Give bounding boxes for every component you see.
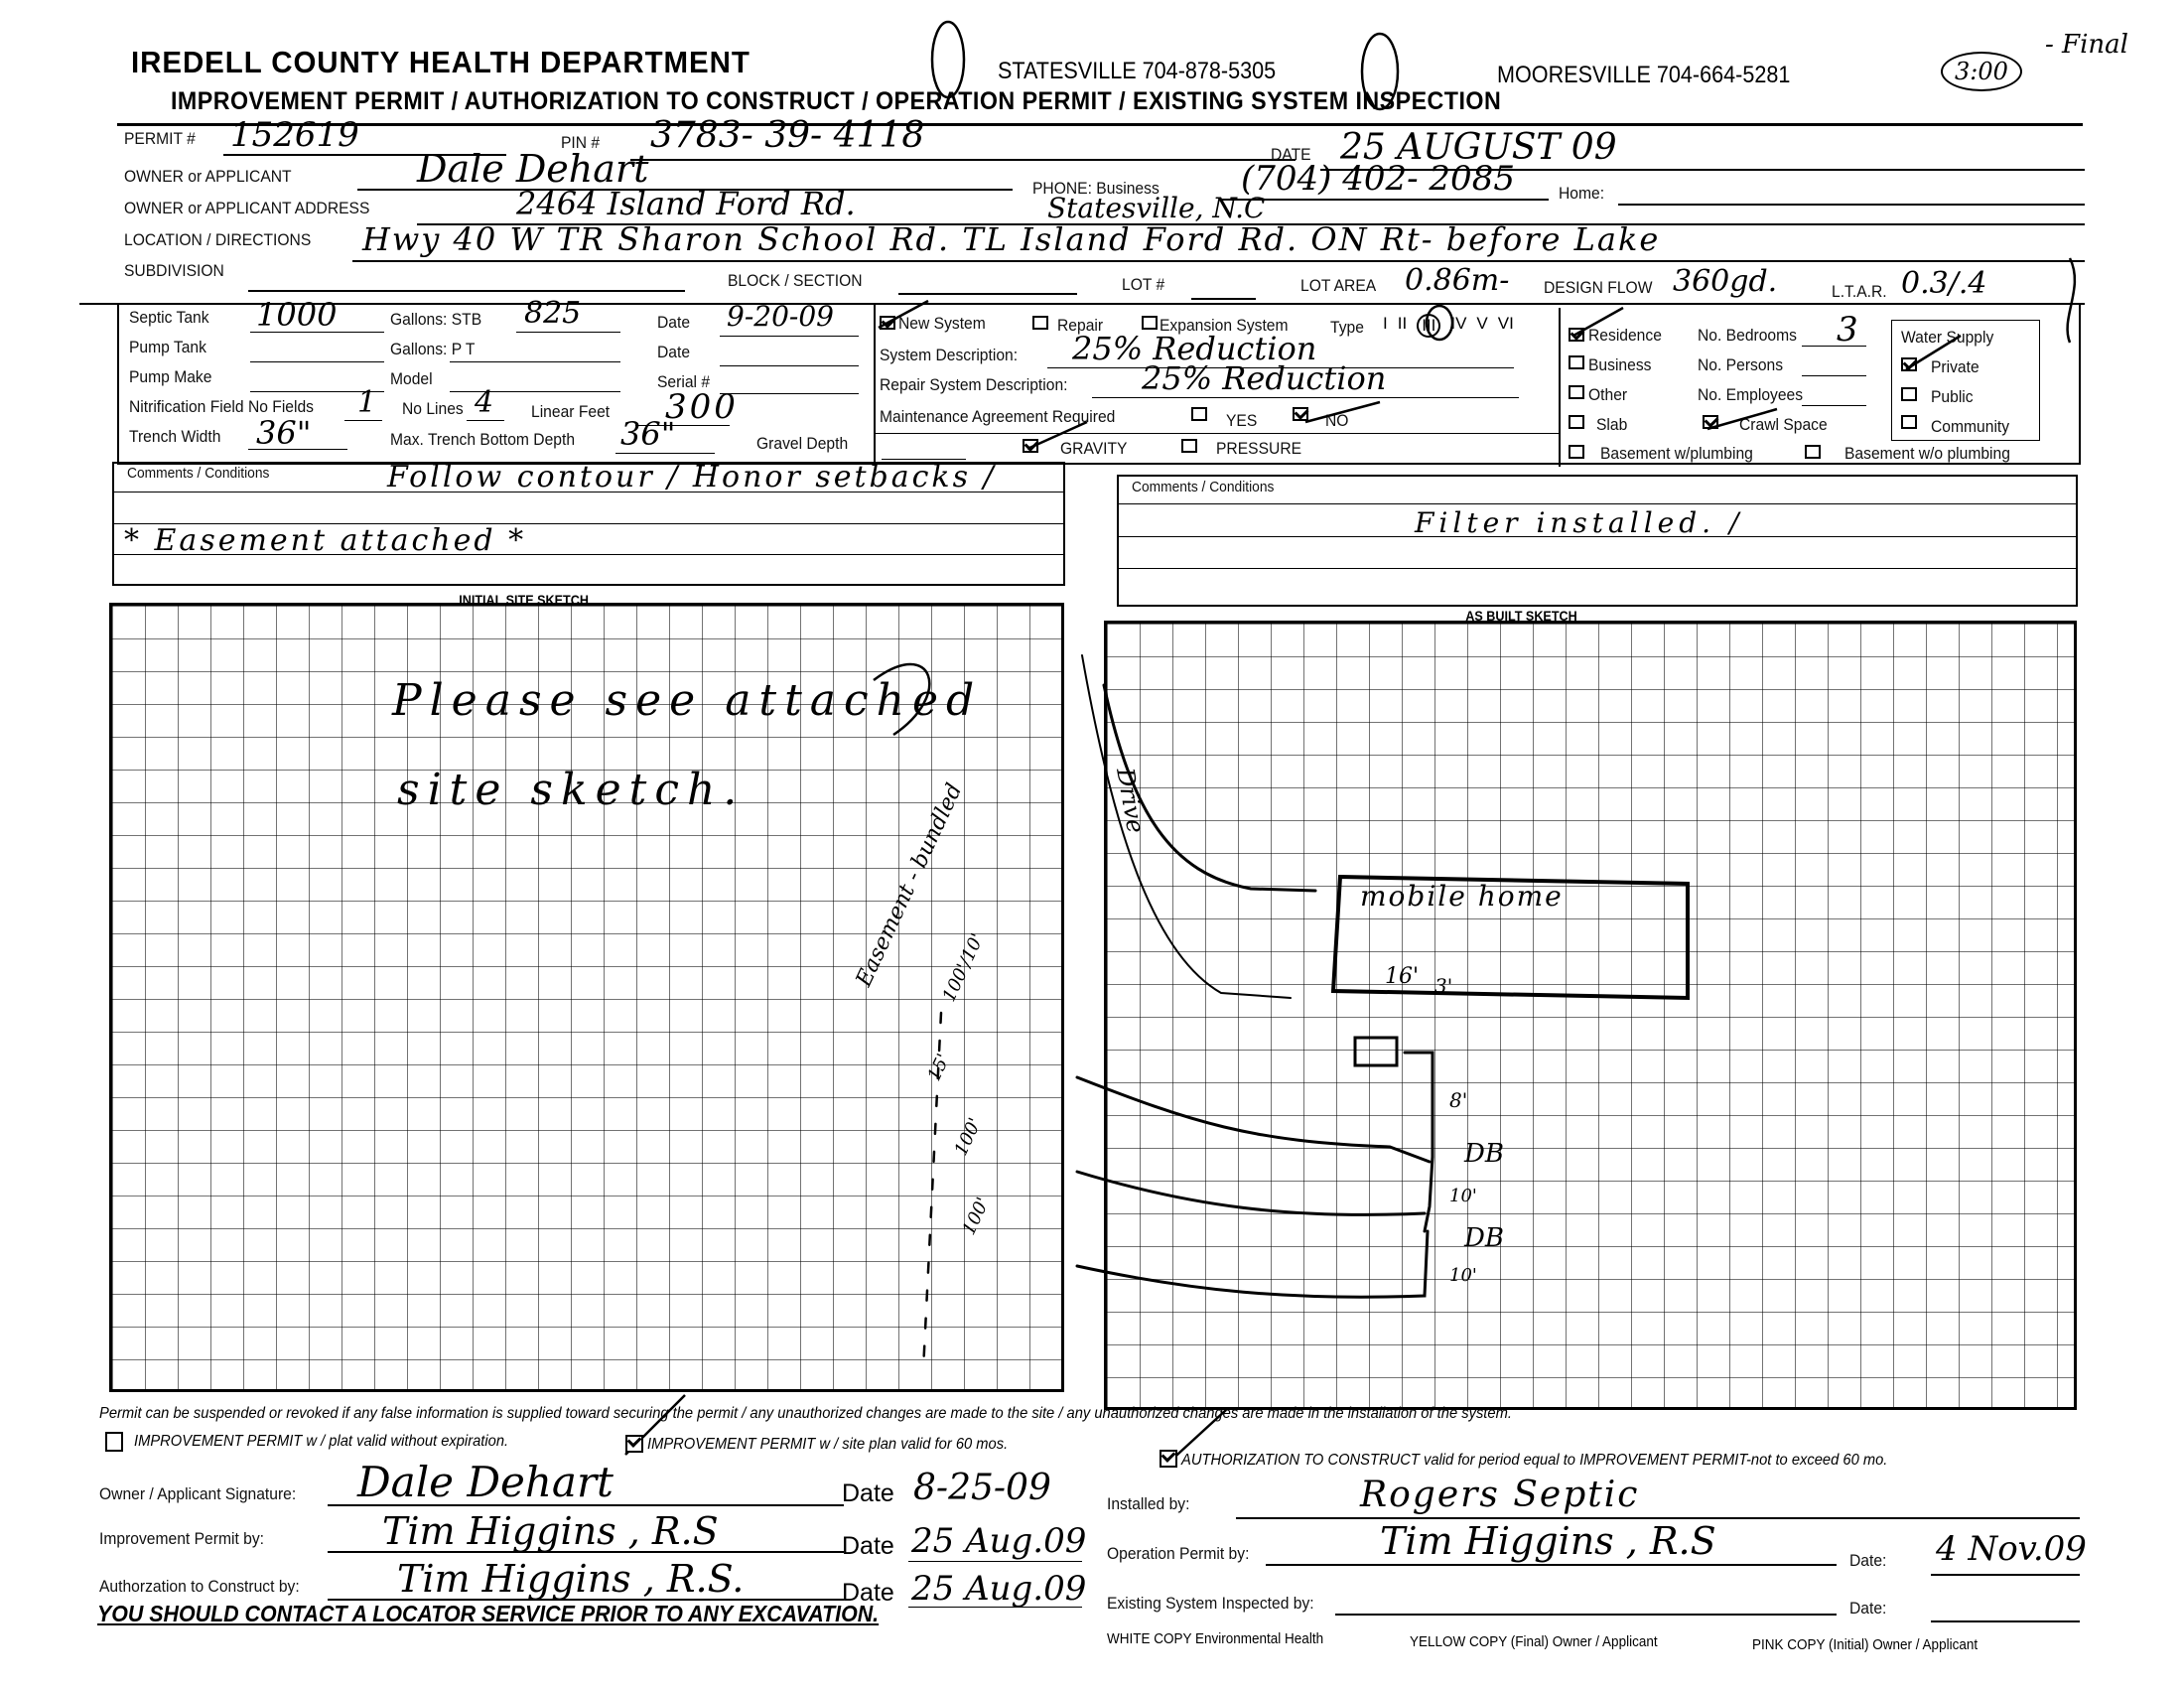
locator-warning: YOU SHOULD CONTACT A LOCATOR SERVICE PRI… [97, 1601, 879, 1627]
owner-address[interactable]: 2464 Island Ford Rd. [516, 185, 856, 222]
expansion-checkbox[interactable] [1142, 316, 1158, 330]
subdivision-line [248, 290, 685, 292]
permit-label: PERMIT # [124, 129, 196, 149]
pump-tank-label: Pump Tank [129, 338, 206, 357]
pt-line [450, 361, 620, 362]
basement-plumbing-checkbox[interactable] [1569, 445, 1584, 459]
ip-site-label: IMPROVEMENT PERMIT w / site plan valid f… [647, 1436, 1008, 1454]
maintenance-yes-label: YES [1226, 411, 1257, 431]
atc-label: AUTHORIZATION TO CONSTRUCT valid for per… [1181, 1452, 1887, 1470]
persons-line [1802, 375, 1866, 376]
ip-by-signature[interactable]: Tim Higgins , R.S [382, 1509, 719, 1553]
atc-by-label: Authorzation to Construct by: [99, 1577, 300, 1597]
crawl-space-checkbox[interactable] [1703, 415, 1718, 429]
persons-label: No. Persons [1698, 355, 1783, 375]
ltar-label: L.T.A.R. [1832, 282, 1887, 302]
ip-plat-checkbox[interactable] [105, 1432, 123, 1452]
repair-desc-line [1092, 397, 1519, 398]
owner-signature[interactable]: Dale Dehart [357, 1458, 614, 1506]
owner-date[interactable]: 8-25-09 [913, 1468, 1051, 1508]
no-fields[interactable]: 1 [357, 385, 376, 420]
maintenance-yes-checkbox[interactable] [1191, 407, 1207, 421]
maintenance-label: Maintenance Agreement Required [880, 407, 1115, 427]
type-option-iii[interactable]: III [1417, 314, 1440, 338]
repair-description[interactable]: 25% Reduction [1142, 359, 1386, 397]
max-depth-line [615, 453, 715, 454]
mooresville-phone: MOORESVILLE 704-664-5281 [1497, 62, 1790, 89]
tank-date-label: Date [657, 313, 690, 333]
water-community-checkbox[interactable] [1901, 415, 1917, 429]
pump-make-label: Pump Make [129, 367, 211, 387]
lot-label: LOT # [1122, 275, 1164, 295]
new-system-label: New System [898, 314, 986, 334]
bedrooms-label: No. Bedrooms [1698, 326, 1797, 346]
pressure-label: PRESSURE [1216, 439, 1301, 459]
ip-date-line [908, 1561, 1082, 1562]
septic-line [250, 332, 384, 333]
design-flow[interactable]: 360gd. [1673, 264, 1777, 299]
installed-by-label: Installed by: [1107, 1494, 1189, 1514]
basement-no-plumbing-label: Basement w/o plumbing [1844, 444, 2010, 464]
installed-by[interactable]: Rogers Septic [1360, 1475, 1639, 1515]
pin-number[interactable]: 3783- 39- 4118 [650, 115, 924, 156]
atc-by-signature[interactable]: Tim Higgins , R.S. [397, 1557, 744, 1601]
maintenance-no-checkbox[interactable] [1293, 407, 1308, 421]
system-divider-2 [1559, 308, 1561, 467]
comments-right-rule3 [1117, 568, 2078, 569]
location-directions[interactable]: Hwy 40 W TR Sharon School Rd. TL Island … [362, 220, 1660, 258]
type-options: IIIIIIIVVVI [1383, 314, 1514, 338]
no-lines-label: No Lines [402, 399, 464, 419]
system-divider-1 [874, 303, 876, 462]
comments-left-text-2[interactable]: * Easement attached * [124, 523, 526, 558]
stb-line [516, 332, 620, 333]
tank-date-line [720, 336, 859, 337]
header-rule [117, 123, 2083, 126]
trench-width-line [248, 449, 347, 450]
basement-no-plumbing-checkbox[interactable] [1805, 445, 1821, 459]
fields-line [344, 420, 382, 421]
employees-label: No. Employees [1698, 385, 1803, 405]
gravity-rule [874, 433, 1559, 434]
type-option-i[interactable]: I [1383, 314, 1388, 338]
business-label: Business [1588, 355, 1651, 375]
ip-by-label: Improvement Permit by: [99, 1529, 264, 1549]
max-depth-label: Max. Trench Bottom Depth [390, 430, 575, 450]
pin-line [630, 159, 1296, 161]
residence-checkbox[interactable] [1569, 328, 1584, 342]
corner-note: - Final [2045, 30, 2128, 60]
gallons-stb[interactable]: 825 [524, 296, 581, 331]
water-community-label: Community [1931, 417, 2009, 437]
lot-area[interactable]: 0.86m- [1405, 263, 1509, 298]
op-date-line [1931, 1574, 2080, 1576]
repair-checkbox[interactable] [1032, 316, 1048, 330]
phone-business[interactable]: (704) 402- 2085 [1241, 159, 1515, 199]
revocation-note: Permit can be suspended or revoked if an… [99, 1405, 1512, 1423]
gallons-pt-label: Gallons: P T [390, 340, 475, 359]
owner-signature-line [328, 1504, 844, 1506]
gallons-stb-label: Gallons: STB [390, 310, 481, 330]
water-private-label: Private [1931, 357, 1979, 377]
type-option-v[interactable]: V [1476, 314, 1487, 338]
esi-date-label: Date: [1849, 1599, 1886, 1619]
slab-label: Slab [1596, 415, 1627, 435]
pump-date-label: Date [657, 343, 690, 362]
asbuilt-sketch-grid[interactable] [1104, 621, 2077, 1410]
op-date-label: Date: [1849, 1551, 1886, 1571]
block-label: BLOCK / SECTION [728, 271, 863, 291]
type-option-ii[interactable]: II [1398, 314, 1407, 338]
type-option-vi[interactable]: VI [1498, 314, 1514, 338]
agency-title: IREDELL COUNTY HEALTH DEPARTMENT [131, 45, 751, 80]
statesville-phone: STATESVILLE 704-878-5305 [998, 58, 1276, 85]
op-date[interactable]: 4 Nov.09 [1936, 1529, 2087, 1569]
op-by-signature[interactable]: Tim Higgins , R.S [1380, 1519, 1716, 1563]
linear-feet-label: Linear Feet [531, 402, 610, 422]
atc-checkbox[interactable] [1160, 1450, 1177, 1468]
linear-feet[interactable]: 300 [665, 387, 739, 427]
trench-width-label: Trench Width [129, 427, 220, 447]
basement-plumbing-label: Basement w/plumbing [1600, 444, 1753, 464]
septic-tank-label: Septic Tank [129, 308, 209, 328]
ip-site-checkbox[interactable] [625, 1435, 643, 1453]
initial-sketch-note-2: site sketch. [397, 765, 745, 815]
slab-checkbox[interactable] [1569, 415, 1584, 429]
block-line [898, 293, 1077, 295]
lot-line [1191, 298, 1256, 300]
white-copy-note: WHITE COPY Environmental Health [1107, 1630, 1323, 1647]
initial-sketch-note-1: Please see attached [392, 675, 982, 726]
owner-signature-label: Owner / Applicant Signature: [99, 1484, 296, 1504]
subdivision-label: SUBDIVISION [124, 261, 224, 281]
water-supply-title: Water Supply [1901, 328, 1993, 348]
comments-right-text[interactable]: Filter installed. / [1415, 506, 1743, 539]
op-by-label: Operation Permit by: [1107, 1544, 1249, 1564]
comments-left-text-1[interactable]: Follow contour / Honor setbacks / [387, 460, 997, 494]
atc-date[interactable]: 25 Aug.09 [911, 1569, 1086, 1609]
esi-label: Existing System Inspected by: [1107, 1594, 1314, 1614]
bedrooms[interactable]: 3 [1837, 310, 1858, 350]
ip-date-label: Date [842, 1532, 894, 1561]
phone-line [1221, 199, 1549, 201]
corner-note-circled: 3:00 [1941, 52, 2022, 91]
bedrooms-line [1802, 346, 1866, 347]
ip-date[interactable]: 25 Aug.09 [911, 1521, 1086, 1561]
business-checkbox[interactable] [1569, 355, 1584, 369]
comments-right-rule1 [1117, 503, 2078, 504]
pump-date-line [720, 365, 859, 366]
op-by-line [1266, 1564, 1837, 1566]
owner-date-label: Date [842, 1479, 894, 1508]
serial-line [720, 393, 859, 394]
form-title: IMPROVEMENT PERMIT / AUTHORIZATION TO CO… [171, 87, 1501, 116]
design-flow-label: DESIGN FLOW [1544, 278, 1652, 298]
comments-right-label: Comments / Conditions [1132, 479, 1274, 495]
owner-label: OWNER or APPLICANT [124, 167, 292, 187]
trench-width[interactable]: 36" [256, 414, 311, 452]
atc-date-line [908, 1607, 1082, 1608]
gravity-label: GRAVITY [1060, 439, 1128, 459]
pressure-checkbox[interactable] [1181, 439, 1197, 453]
system-desc-label: System Description: [880, 346, 1018, 365]
water-public-checkbox[interactable] [1901, 387, 1917, 401]
tank-date[interactable]: 9-20-09 [727, 300, 834, 333]
repair-desc-label: Repair System Description: [880, 375, 1067, 395]
location-line [352, 260, 2085, 262]
septic-tank-gallons[interactable]: 1000 [256, 296, 337, 334]
pump-tank-line [250, 361, 384, 362]
new-system-checkbox[interactable] [880, 316, 895, 330]
ltar-value[interactable]: 0.3/.4 [1901, 266, 1986, 301]
comments-left-label: Comments / Conditions [127, 465, 269, 482]
phone-home-line [1618, 204, 2085, 206]
phone-home-label: Home: [1559, 184, 1604, 204]
type-option-iv[interactable]: IV [1450, 314, 1466, 338]
no-lines[interactable]: 4 [475, 385, 493, 420]
ip-plat-label: IMPROVEMENT PERMIT w / plat valid withou… [134, 1433, 508, 1451]
maintenance-no-label: NO [1325, 411, 1348, 431]
address-label: OWNER or APPLICANT ADDRESS [124, 199, 369, 218]
location-label: LOCATION / DIRECTIONS [124, 230, 311, 250]
yellow-copy-note: YELLOW COPY (Final) Owner / Applicant [1410, 1633, 1658, 1650]
gravel-depth-label: Gravel Depth [756, 434, 848, 454]
esi-date-line [1931, 1620, 2080, 1622]
employees-line [1802, 405, 1866, 406]
type-label: Type [1330, 318, 1364, 338]
esi-line [1335, 1614, 1837, 1616]
lot-area-label: LOT AREA [1300, 276, 1376, 296]
ip-by-line [328, 1551, 844, 1553]
water-private-checkbox[interactable] [1901, 357, 1917, 371]
lines-line [467, 420, 504, 421]
other-label: Other [1588, 385, 1627, 405]
crawl-space-label: Crawl Space [1739, 415, 1828, 435]
max-depth[interactable]: 36" [620, 415, 675, 453]
other-checkbox[interactable] [1569, 385, 1584, 399]
residence-label: Residence [1588, 326, 1662, 346]
pink-copy-note: PINK COPY (Initial) Owner / Applicant [1752, 1636, 1978, 1653]
water-public-label: Public [1931, 387, 1974, 407]
permit-number[interactable]: 152619 [230, 115, 359, 155]
model-label: Model [390, 369, 433, 389]
gravity-checkbox[interactable] [1023, 439, 1038, 453]
